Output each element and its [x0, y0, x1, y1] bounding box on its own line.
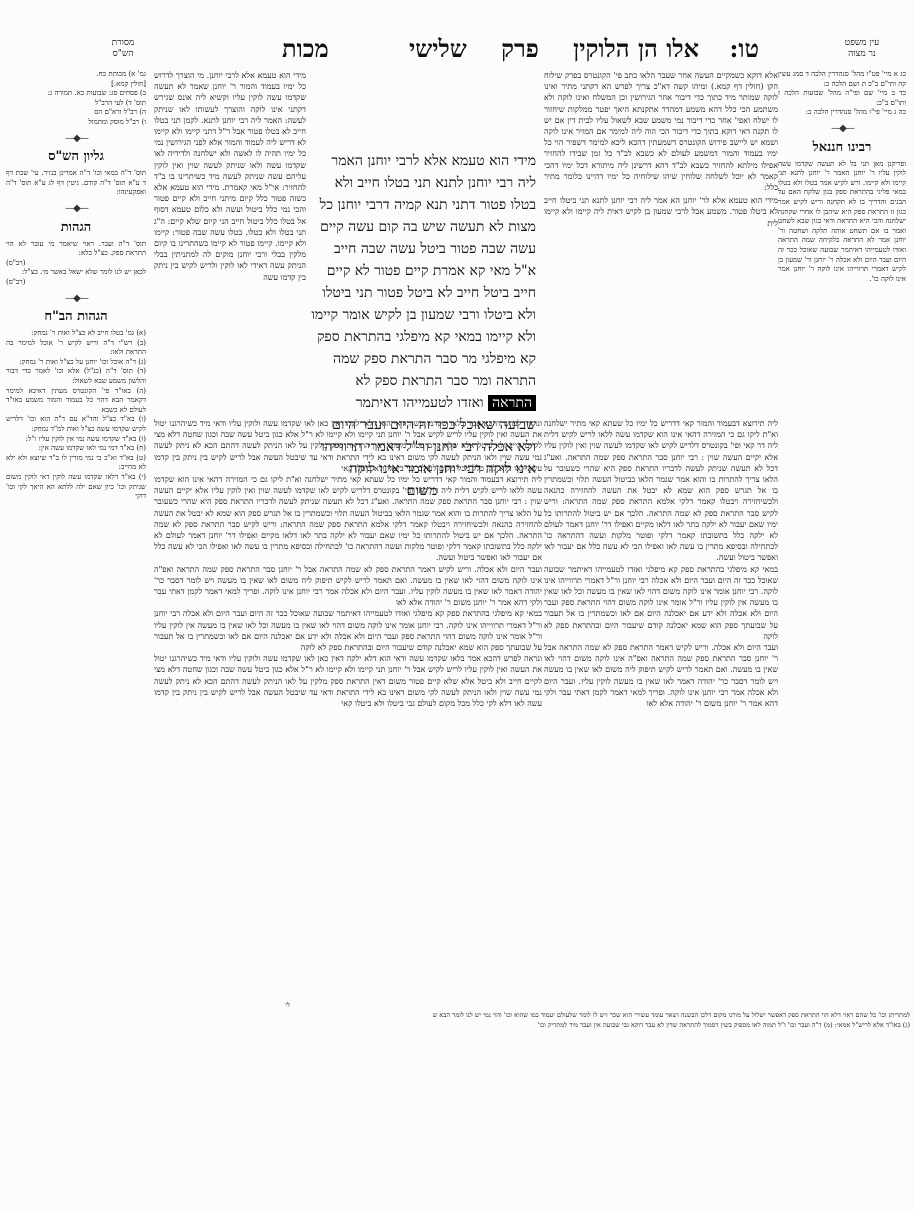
ein-mishpat-entry: כג א מיי' פט"ו מהל' סנהדרין הלכה ד סמג ע…: [778, 70, 906, 89]
gemara-line: מידי הוא טעמא אלא לרבי יוחנן האמר: [308, 150, 536, 172]
mesoret-entry: ב) פסחים סג: שבועות כא. תמורה ג:: [6, 89, 146, 99]
gemara-line: התראה ואזדו לטעמייהו דאיתמר: [308, 392, 536, 414]
chapter-word: הן: [638, 34, 658, 63]
ornament-divider: —◆—: [6, 134, 146, 144]
gemara-line: חייב ביטל חייב לא ביטל פטור תני ביטלו: [308, 282, 536, 304]
bottom-note-line: (ג) באו"ד אלא לריש"ל אמאי: (מ) ד"ה ועבר …: [154, 1020, 910, 1030]
chapter-word: הלוקין: [573, 34, 629, 63]
right-sidebar: כג א מיי' פט"ו מהל' סנהדרין הלכה ד סמג ע…: [778, 70, 906, 284]
hagahot-habach-item: (ז) בא"ד שקדמו עשה נמי אין לוקין עליו ו"…: [6, 435, 146, 445]
tosafot-lower-text-5: ונראה לפרש דהכא אמר בלאו שקדמו עשה ודאי …: [154, 653, 542, 709]
footnote-mark: לי: [154, 1000, 910, 1010]
gilyon-hashas-title: גליון הש"ס: [6, 149, 146, 165]
hagahot-title: הגהות: [6, 220, 146, 236]
hagahot-habach-item: (י) בא"ד דלאו שקדמו עשה לוקין דאי לוקין …: [6, 473, 146, 502]
hagahot-item: (רב"ס): [6, 278, 146, 288]
rashi-text-continued: מידי הוא טעמא אלא לר' יוחנן הא אמר ליה ר…: [544, 195, 778, 229]
tosafot-text: מידי הוא טעמא אלא לרבי יוחנן. מי הוצרך ל…: [154, 70, 306, 283]
ein-mishpat-header: עין משפט נר מצוה: [822, 38, 902, 60]
left-sidebar: גמ' א) מכותת כח. [חולין קמא.] ב) פסחים ס…: [6, 70, 146, 502]
talmud-page: עין משפט נר מצוה טו: אלו הן הלוקין פרק ש…: [0, 0, 914, 1213]
gilyon-hashas-text: תוס' ד"ה במאי וכו' ד"ה אמרינן בנזיר. עי'…: [6, 169, 146, 198]
hashas-label: הש"ס: [98, 49, 148, 60]
gemara-line: ולא קיימו במאי קא מיפלגי בהתראת ספק: [308, 326, 536, 348]
hagahot-habach-item: (ג) ד"ה אוכל וכו' יוחנן על כצ"ל ואות ר' …: [6, 358, 146, 368]
ornament-divider: —◆—: [6, 294, 146, 304]
rashi-lower-text: ליה תירוצא דבעמוד והמור קאי דדריש כל ימי…: [544, 418, 778, 564]
highlighted-word: התראה: [488, 395, 536, 411]
rashi-commentary: אלא דוקא כשמקיים העשה אחר שעבר הלאו כתב …: [544, 70, 778, 415]
hagahot-habach-item: (א) גמ' בטלו חייב לא כצ"ל ואות ר' נמחק:: [6, 329, 146, 339]
gemara-line: ולא ביטלו ורבי שמעון בן לקיש אומר קיימו: [308, 304, 536, 326]
tosafot-lower: ונראה לפרש דהכא אמר בלאו שקדמו עשה ודאי …: [154, 418, 542, 1008]
hagahot-habach-item: (ב) רש"י ד"ה וריש לקיש ר' אוכל למימר בה …: [6, 339, 146, 358]
bottom-notes: לי למתריתן וכו' כל שהם ראוי דלא הוי התרא…: [154, 1000, 910, 1030]
bottom-note-line: למתריתן וכו' כל שהם ראוי דלא הוי התראת ס…: [154, 1010, 910, 1020]
ein-mishpat-entry: כד ב מיי' שם ופי"ה מהל' שבועות הלכה ז ות…: [778, 89, 906, 108]
tosafot-lower-text: ונראה לפרש דהכא אמר בלאו שקדמו עשה ודאי …: [154, 418, 542, 474]
mesoret-entry: ו) רב"ל מוסק ומתמול: [6, 118, 146, 128]
ein-mishpat-label: עין משפט: [822, 38, 902, 49]
hagahot-habach-title: הגהות הב"ח: [6, 309, 146, 325]
mesoret-entry: גמ' א) מכותת כח.: [6, 70, 146, 80]
gemara-line: קא מיפלגי מר סבר התראת ספק שמה: [308, 348, 536, 370]
hagahot-habach-item: (ח) בא"ד דמי נמי לאו שקדמו עשה אין:: [6, 444, 146, 454]
tosafot-lower-text-3: ועבר היום ולא אכלה. וריש לקיש דאמר התראת…: [154, 564, 542, 609]
hagahot-item: (רב"ס): [6, 259, 146, 269]
hagahot-habach-item: (ט) בא"ד וא"כ כי נמי מזרין לו ב"ד שיוצא …: [6, 454, 146, 473]
page-header: עין משפט נר מצוה טו: אלו הן הלוקין פרק ש…: [0, 34, 914, 64]
perek-number: שלישי: [409, 34, 467, 63]
chapter-word: אלו: [666, 34, 699, 63]
gemara-segment: ואזדו לטעמייהו דאיתמר: [356, 395, 484, 411]
mesoret-entry: ה) רב"ל ורא"ם הס: [6, 108, 146, 118]
rabbeinu-chananel-text: ופריקנן מאן תני בל לא תעשה שקדמו עשה לוק…: [778, 160, 906, 285]
tosafot-lower-text-2: ליה תירוצא דבעמוד והמור קאי דדריש כל ימי…: [154, 474, 542, 564]
rashi-lower-text-2: במאי קא מיפלגי בהתראת ספק קא מיפלגי ואזד…: [544, 564, 778, 642]
mesoret-entry: תוס' ד) לעי הרב"ל: [6, 99, 146, 109]
mesoret-header: מסורת הש"ס: [98, 38, 148, 60]
rabbeinu-chananel-title: רבינו חננאל: [778, 140, 906, 156]
perek-label: פרק: [501, 34, 539, 63]
gemara-line: התראה ומר סבר התראת ספק לא: [308, 370, 536, 392]
gemara-line: ליה רבי יוחנן לתנא תני בטלו חייב ולא: [308, 172, 536, 194]
mesoret-entry: [חולין קמא.]: [6, 80, 146, 90]
hagahot-item: לכאן יש לנו לומר שלא ישאל באשר מי. כצ"ל:: [6, 268, 146, 278]
ein-mishpat-entry: כה ג מיי' פי"ו מהל' סנהדרין הלכה כ:: [778, 108, 906, 118]
ner-mitzvah-label: נר מצוה: [822, 49, 902, 60]
daf-number: טו:: [730, 34, 760, 64]
tosafot-lower-text-4: במאי קא מיפלגי בהתראת ספק קא מיפלגי ואזד…: [154, 608, 542, 653]
hagahot-habach-item: (ד) תוס' ד"ה (כנ"ל) אלא וכו' לאמר כדי דב…: [6, 367, 146, 386]
rashi-text: אלא דוקא כשמקיים העשה אחר שעבר הלאו כתב …: [544, 70, 778, 193]
ornament-divider: —◆—: [778, 124, 906, 134]
tosafot-commentary: מידי הוא טעמא אלא לרבי יוחנן. מי הוצרך ל…: [154, 70, 306, 415]
gemara-line: מצות לא תעשה שיש בה קום עשה קיים: [308, 216, 536, 238]
hagahot-habach-item: (ו) בא"ד כצ"ל והד"א עם ד"ה הוא וכו' דלרי…: [6, 415, 146, 434]
hagahot-habach-item: (ה) באו"ד פי' הקונטרס מעתין דאיכא למימר …: [6, 387, 146, 416]
gemara-line: עשה שבה פטור ביטל עשה שבה חייב: [308, 238, 536, 260]
ornament-divider: —◆—: [6, 204, 146, 214]
rashi-lower: ליה תירוצא דבעמוד והמור קאי דדריש כל ימי…: [544, 418, 778, 1008]
rashi-lower-text-3: ועבר היום ולא אכלה. וריש לקיש דאמר התראת…: [544, 642, 778, 709]
gemara-line: א"ל מאי קא אמרת קיים פטור לא קיים: [308, 260, 536, 282]
mesoret-label: מסורת: [98, 38, 148, 49]
chapter-title: אלו הן הלוקין פרק שלישי: [409, 34, 699, 64]
gemara-line: בטלו פטור דתני תנא קמיה דרבי יוחנן כל: [308, 194, 536, 216]
tractate-name: מכות: [282, 34, 329, 64]
hagahot-item: תוס' ד"ה ועבר. ראוי שיאמר מי עובר לא הוי…: [6, 240, 146, 259]
